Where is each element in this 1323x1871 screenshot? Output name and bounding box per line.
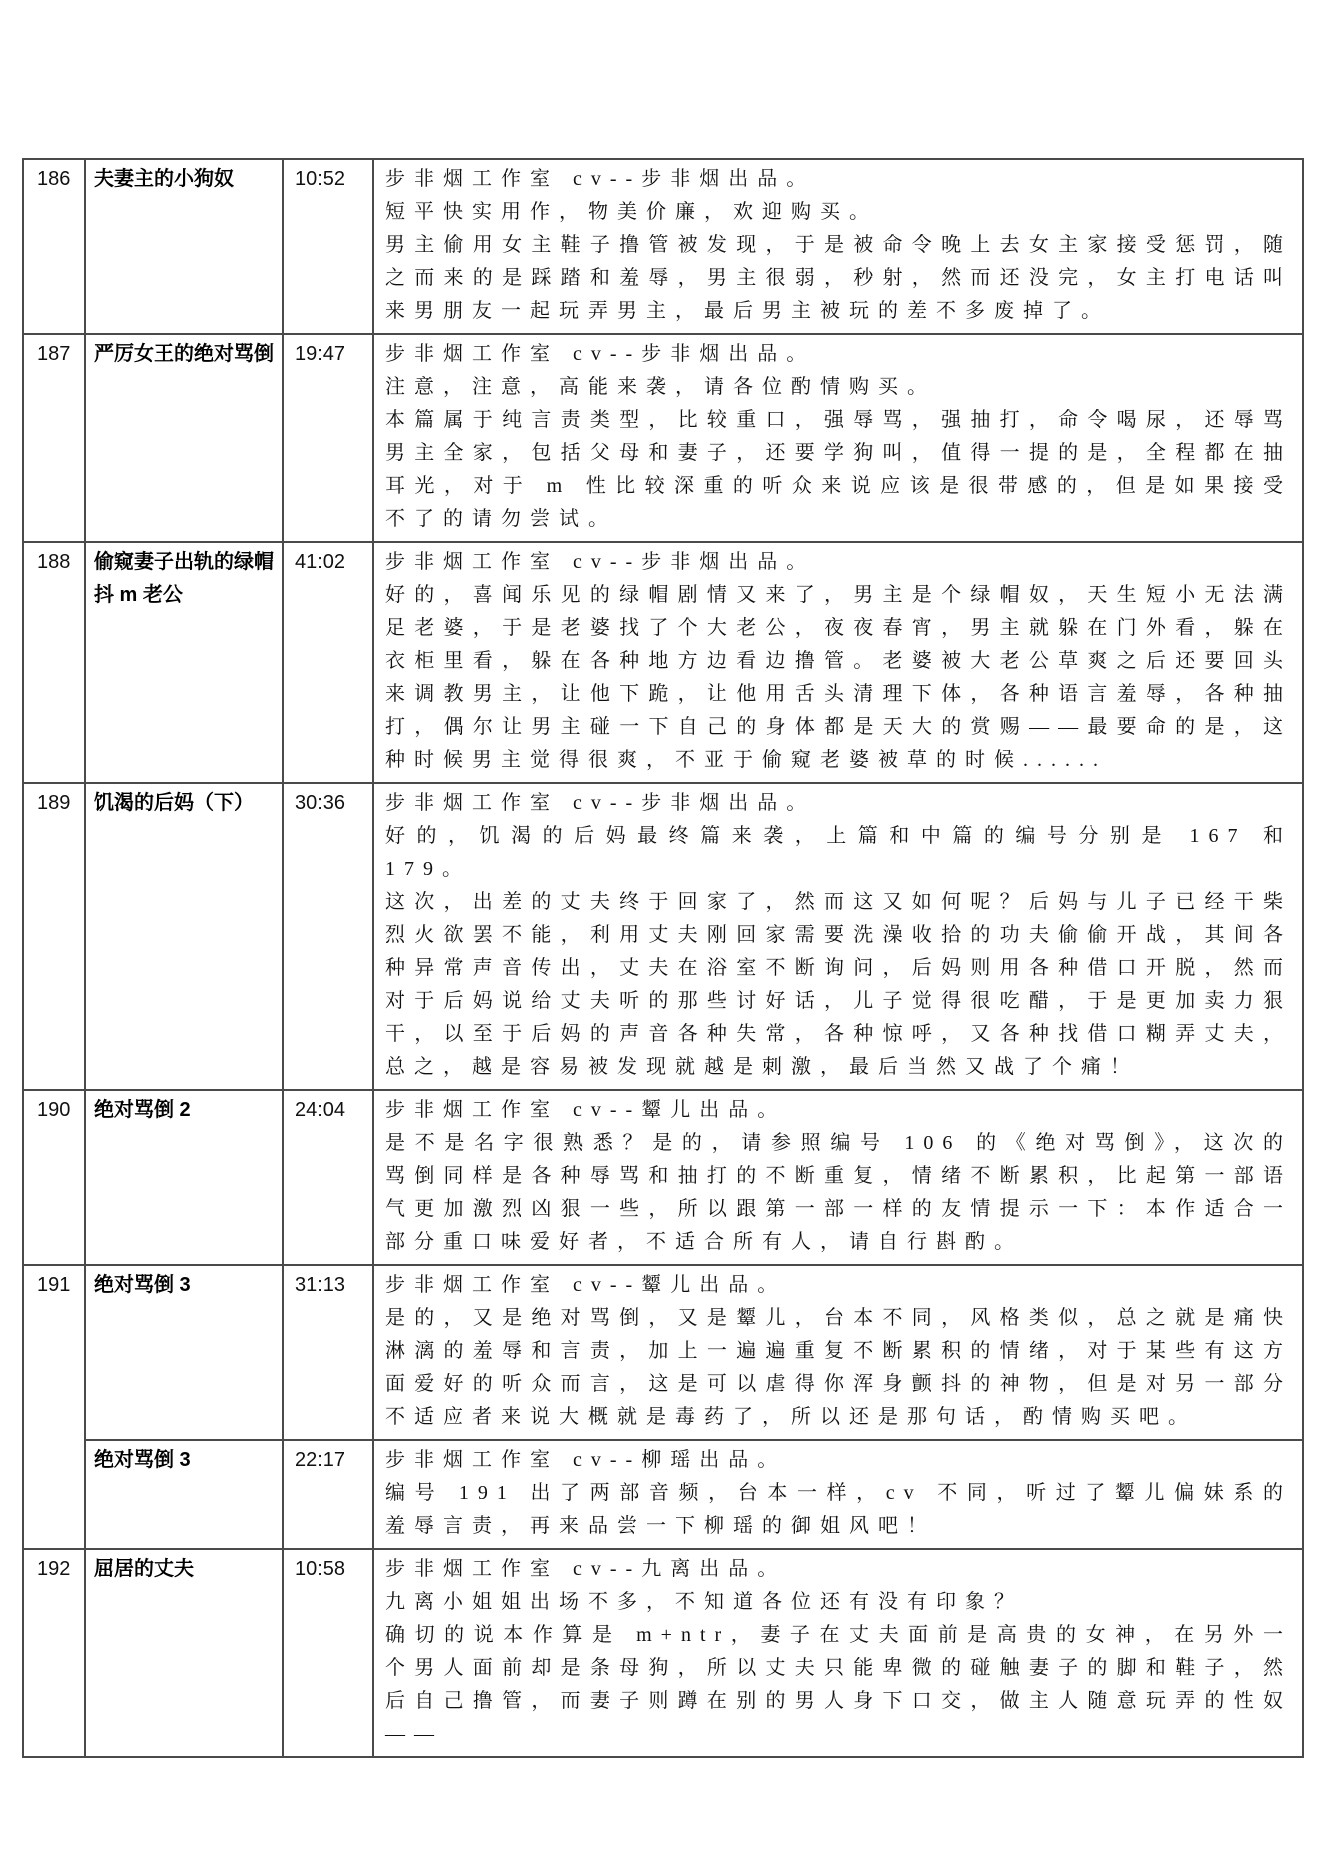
- table-row: 190 绝对骂倒 2 24:04 步非烟工作室 cv--颦儿出品。 是不是名字很…: [23, 1090, 1303, 1265]
- entry-duration: 22:17: [283, 1440, 373, 1549]
- entry-description: 步非烟工作室 cv--颦儿出品。 是的，又是绝对骂倒，又是颦儿，台本不同，风格类…: [373, 1265, 1303, 1440]
- entry-title: 夫妻主的小狗奴: [85, 159, 283, 334]
- entry-description: 步非烟工作室 cv--颦儿出品。 是不是名字很熟悉？是的，请参照编号 106 的…: [373, 1090, 1303, 1265]
- catalog-table: 186 夫妻主的小狗奴 10:52 步非烟工作室 cv--步非烟出品。 短平快实…: [22, 158, 1304, 1758]
- entry-number: 188: [23, 542, 85, 783]
- table-row: 绝对骂倒 3 22:17 步非烟工作室 cv--柳瑶出品。 编号 191 出了两…: [23, 1440, 1303, 1549]
- entry-title: 绝对骂倒 2: [85, 1090, 283, 1265]
- entry-title: 绝对骂倒 3: [85, 1265, 283, 1440]
- entry-title: 绝对骂倒 3: [85, 1440, 283, 1549]
- table-row: 191 绝对骂倒 3 31:13 步非烟工作室 cv--颦儿出品。 是的，又是绝…: [23, 1265, 1303, 1440]
- entry-duration: 31:13: [283, 1265, 373, 1440]
- table-row: 188 偷窥妻子出轨的绿帽抖 m 老公 41:02 步非烟工作室 cv--步非烟…: [23, 542, 1303, 783]
- entry-number: 187: [23, 334, 85, 542]
- entry-title: 严厉女王的绝对骂倒: [85, 334, 283, 542]
- entry-duration: 10:58: [283, 1549, 373, 1757]
- entry-description: 步非烟工作室 cv--步非烟出品。 好的，饥渴的后妈最终篇来袭，上篇和中篇的编号…: [373, 783, 1303, 1090]
- table-row: 192 屈居的丈夫 10:58 步非烟工作室 cv--九离出品。 九离小姐姐出场…: [23, 1549, 1303, 1757]
- document-page: 186 夫妻主的小狗奴 10:52 步非烟工作室 cv--步非烟出品。 短平快实…: [0, 0, 1323, 1871]
- entry-description: 步非烟工作室 cv--九离出品。 九离小姐姐出场不多，不知道各位还有没有印象？ …: [373, 1549, 1303, 1757]
- entry-description: 步非烟工作室 cv--步非烟出品。 注意，注意，高能来袭，请各位酌情购买。 本篇…: [373, 334, 1303, 542]
- entry-duration: 24:04: [283, 1090, 373, 1265]
- entry-description: 步非烟工作室 cv--柳瑶出品。 编号 191 出了两部音频，台本一样，cv 不…: [373, 1440, 1303, 1549]
- entry-duration: 19:47: [283, 334, 373, 542]
- entry-number: 192: [23, 1549, 85, 1757]
- entry-title: 饥渴的后妈（下）: [85, 783, 283, 1090]
- entry-number: 190: [23, 1090, 85, 1265]
- entry-number: 186: [23, 159, 85, 334]
- entry-title: 偷窥妻子出轨的绿帽抖 m 老公: [85, 542, 283, 783]
- entry-description: 步非烟工作室 cv--步非烟出品。 好的，喜闻乐见的绿帽剧情又来了，男主是个绿帽…: [373, 542, 1303, 783]
- entry-duration: 30:36: [283, 783, 373, 1090]
- table-row: 187 严厉女王的绝对骂倒 19:47 步非烟工作室 cv--步非烟出品。 注意…: [23, 334, 1303, 542]
- entry-number: 191: [23, 1265, 85, 1549]
- entry-number: 189: [23, 783, 85, 1090]
- entry-title: 屈居的丈夫: [85, 1549, 283, 1757]
- entry-duration: 41:02: [283, 542, 373, 783]
- table-row: 186 夫妻主的小狗奴 10:52 步非烟工作室 cv--步非烟出品。 短平快实…: [23, 159, 1303, 334]
- table-row: 189 饥渴的后妈（下） 30:36 步非烟工作室 cv--步非烟出品。 好的，…: [23, 783, 1303, 1090]
- entry-description: 步非烟工作室 cv--步非烟出品。 短平快实用作，物美价廉，欢迎购买。 男主偷用…: [373, 159, 1303, 334]
- entry-duration: 10:52: [283, 159, 373, 334]
